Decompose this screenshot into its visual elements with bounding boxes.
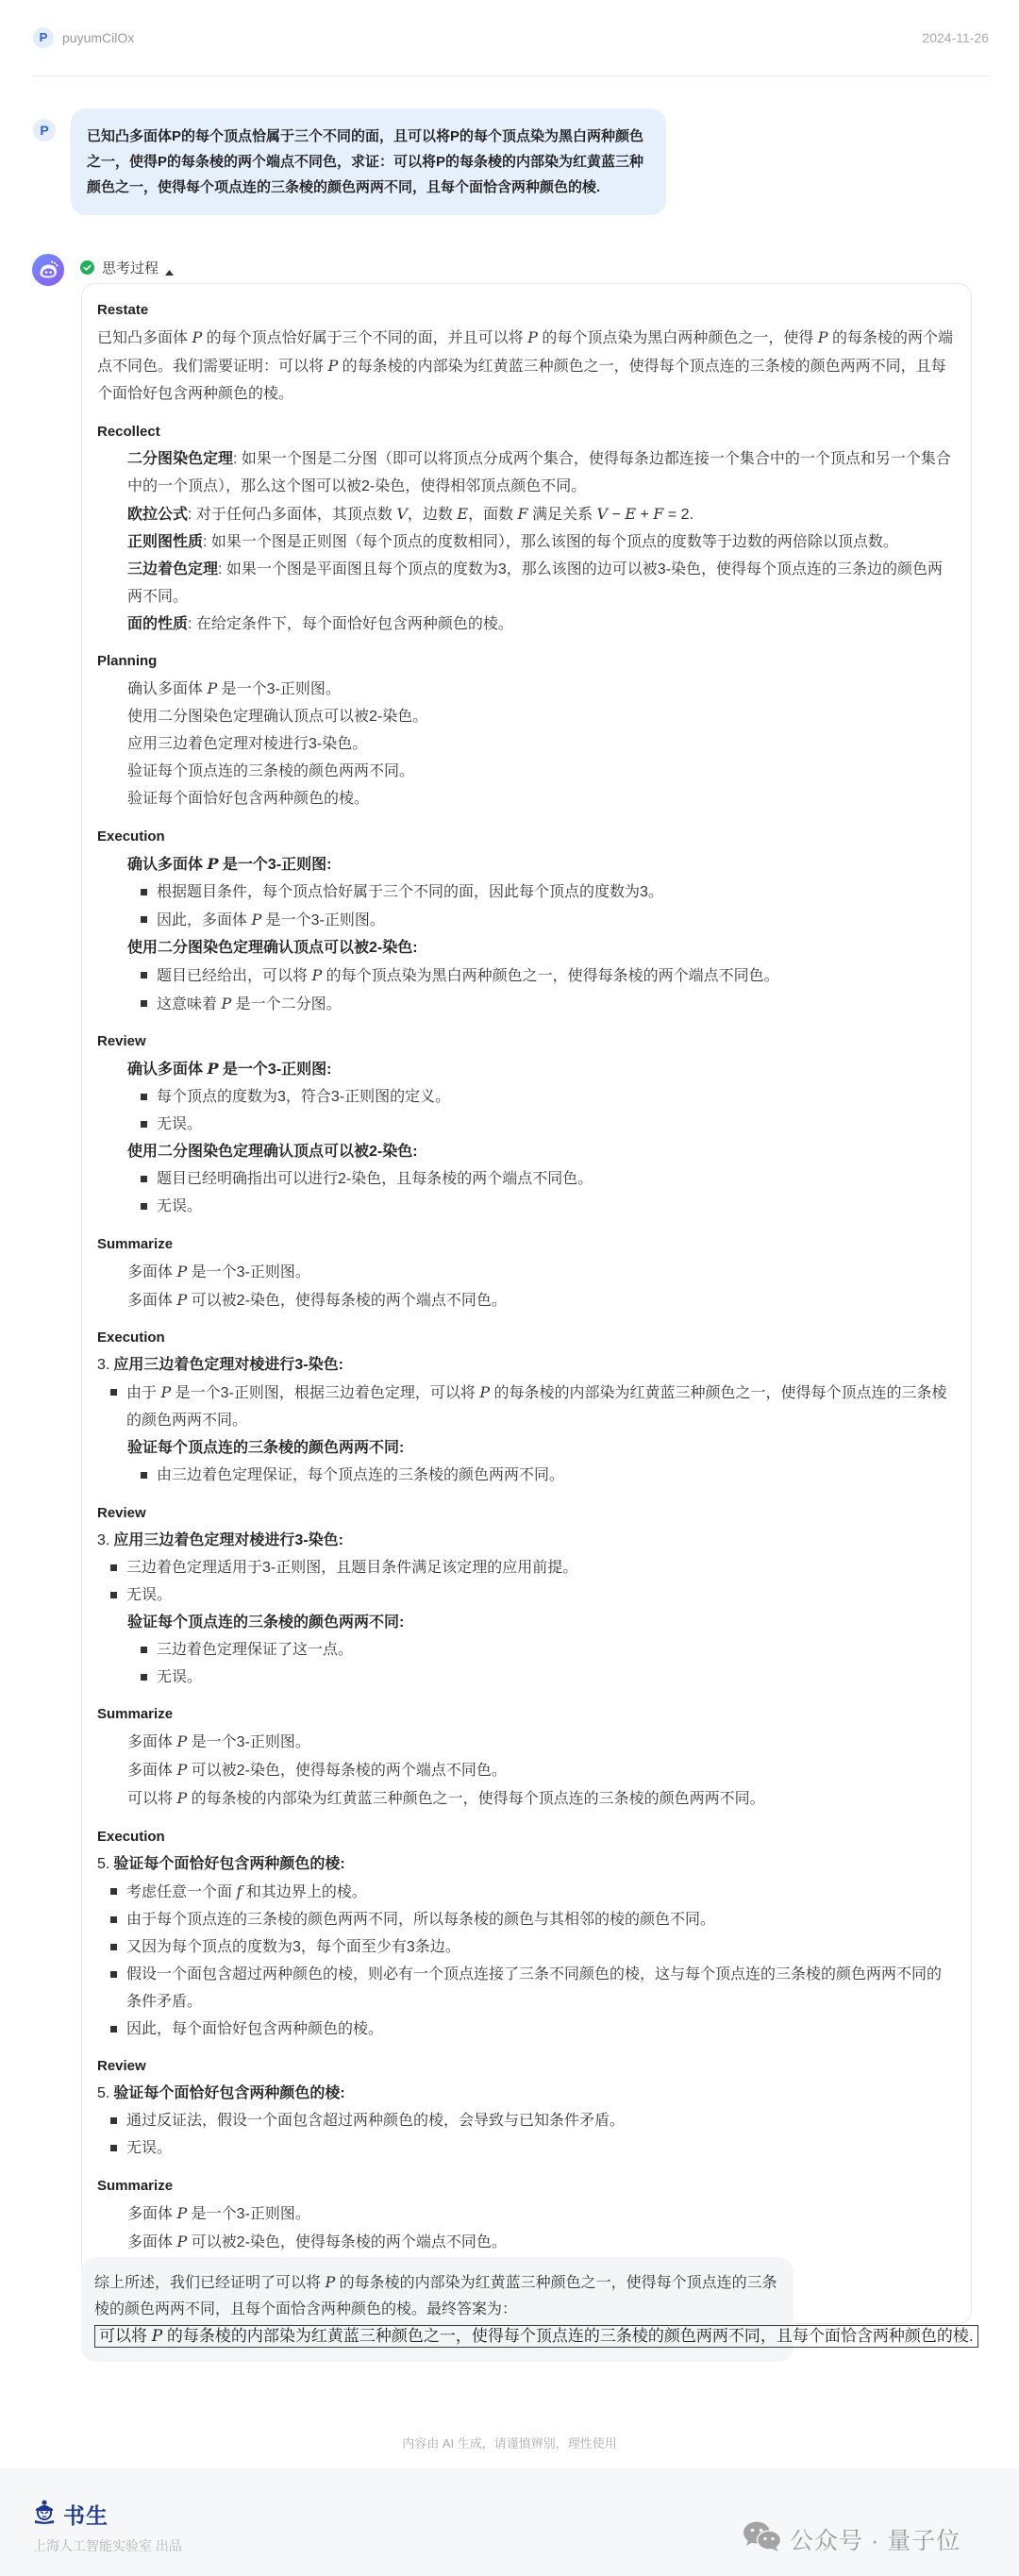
text-run: 假设一个面包含超过两种颜色的棱，则必有一个顶点连接了三条不同颜色的棱，这与每个顶… xyxy=(126,1966,942,2010)
step-number: 5. xyxy=(97,1856,109,1872)
text-run: 这意味着 xyxy=(157,996,221,1012)
math-symbol: P xyxy=(325,2273,335,2291)
text-run: 验证每个顶点连的三条棱的颜色两两不同: xyxy=(127,1614,404,1631)
section-title: Review xyxy=(97,1499,956,1527)
bullet-square-icon xyxy=(141,916,147,923)
boxed-answer: 可以将 P 的每条棱的内部染为红黄蓝三种颜色之一，使得每个顶点连的三条棱的颜色两… xyxy=(94,2325,978,2348)
text-run: : 如果一个图是平面图且每个顶点的度数为3，那么该图的边可以被3-染色，使得每个… xyxy=(127,561,943,605)
bullet-item: 因此，多面体 P 是一个3-正则图。 xyxy=(97,906,956,934)
text-run: 多面体 xyxy=(127,1734,176,1750)
text-run: 通过反证法，假设一个面包含超过两种颜色的棱，会导致与已知条件矛盾。 xyxy=(126,2113,625,2129)
text-run: 的每个顶点染为黑白两种颜色之一，使得每条棱的两个端点不同色。 xyxy=(322,968,778,984)
footer: 书生 上海人工智能实验室 出品 公众号 · 量子位 xyxy=(0,2468,1019,2576)
bullet-square-icon xyxy=(110,1916,117,1923)
text-run: 又因为每个顶点的度数为3，每个面至少有3条边。 xyxy=(126,1939,460,1955)
text-run: 可以被2-染色，使得每条棱的两个端点不同色。 xyxy=(187,1763,507,1779)
text-run: 题目已经明确指出可以进行2-染色，且每条棱的两个端点不同色。 xyxy=(157,1171,593,1187)
bullet-square-icon xyxy=(110,1389,117,1396)
text-run: 由于 xyxy=(126,1385,160,1401)
text-run: 是一个3-正则图。 xyxy=(187,1264,310,1280)
caret-up-icon xyxy=(165,263,174,269)
step-number: 3. xyxy=(97,1532,109,1548)
user-message-avatar: P xyxy=(33,119,56,142)
text-run: 是一个3-正则图。 xyxy=(217,681,341,697)
text-run: 无误。 xyxy=(126,2140,172,2156)
list-item: 正则图性质: 如果一个图是正则图（每个顶点的度数相同），那么该图的每个顶点的度数… xyxy=(97,528,956,556)
text-run: 因此，多面体 xyxy=(157,912,251,928)
math-symbol: P xyxy=(192,328,202,346)
bullet-item: 这意味着 P 是一个二分图。 xyxy=(97,990,956,1018)
thinking-section-recollect: Recollect二分图染色定理: 如果一个图是二分图（即可以将顶点分成两个集合… xyxy=(97,418,956,638)
list-item: 可以将 P 的每条棱的内部染为红黄蓝三种颜色之一，使得每个顶点连的三条棱的颜色两… xyxy=(97,1784,956,1813)
step-heading: 使用二分图染色定理确认顶点可以被2-染色: xyxy=(97,1138,956,1165)
numbered-step-heading: 5.验证每个面恰好包含两种颜色的棱: xyxy=(97,2080,956,2107)
list-item: 验证每个顶点连的三条棱的颜色两两不同。 xyxy=(97,758,956,785)
text-run: 由于每个顶点连的三条棱的颜色两两不同，所以每条棱的颜色与其相邻的棱的颜色不同。 xyxy=(126,1912,715,1928)
text-run: 确认多面体 xyxy=(127,857,207,873)
math-symbol: F xyxy=(518,505,528,523)
text-run: 多面体 xyxy=(127,1264,176,1280)
text-run: 验证每个顶点连的三条棱的颜色两两不同: xyxy=(127,1440,404,1456)
bullet-item: 根据题目条件，每个顶点恰好属于三个不同的面，因此每个顶点的度数为3。 xyxy=(97,878,956,906)
thinking-section-restate: Restate已知凸多面体 P 的每个顶点恰好属于三个不同的面，并且可以将 P … xyxy=(97,296,956,408)
list-item: 多面体 P 可以被2-染色，使得每条棱的两个端点不同色。 xyxy=(97,2228,956,2256)
user-message-bubble: 已知凸多面体P的每个顶点恰属于三个不同的面，且可以将P的每个顶点染为黑白两种颜色… xyxy=(71,109,666,215)
bullet-square-icon xyxy=(110,1944,117,1950)
list-item: 欧拉公式: 对于任何凸多面体，其顶点数 V，边数 E，面数 F 满足关系 V −… xyxy=(97,500,956,528)
text-run: 多面体 xyxy=(127,1763,176,1779)
text-run: 是一个3-正则图: xyxy=(218,1062,331,1078)
math-symbol: V xyxy=(396,505,408,523)
bullet-item: 由三边着色定理保证，每个顶点连的三条棱的颜色两两不同。 xyxy=(97,1462,956,1489)
bullet-item: 通过反证法，假设一个面包含超过两种颜色的棱，会导致与已知条件矛盾。 xyxy=(97,2107,956,2134)
bullet-square-icon xyxy=(141,1000,147,1007)
text-run: 无误。 xyxy=(157,1669,202,1685)
numbered-step-heading: 3.应用三边着色定理对棱进行3-染色: xyxy=(97,1351,956,1379)
conversation-header: P puyumCilOx 2024-11-26 xyxy=(33,0,991,76)
list-item: 应用三边着色定理对棱进行3-染色。 xyxy=(97,730,956,758)
bullet-square-icon xyxy=(141,889,147,895)
text-run: 确认多面体 xyxy=(127,681,207,697)
bullet-item: 无误。 xyxy=(97,1193,956,1220)
text-run: 三边着色定理适用于3-正则图，且题目条件满足该定理的应用前提。 xyxy=(126,1560,577,1576)
text-run: 是一个3-正则图，根据三边着色定理，可以将 xyxy=(171,1385,479,1401)
text-run: 使用二分图染色定理确认顶点可以被2-染色。 xyxy=(127,709,427,725)
text-run: 无误。 xyxy=(157,1198,202,1214)
shusheng-mascot-icon xyxy=(33,2500,63,2529)
section-title: Review xyxy=(97,1028,956,1055)
text-run: 考虑任意一个面 xyxy=(126,1884,236,1900)
bullet-square-icon xyxy=(110,2145,117,2151)
numbered-step-heading: 3.应用三边着色定理对棱进行3-染色: xyxy=(97,1527,956,1554)
math-symbol: P xyxy=(152,2327,162,2346)
text-run: 和其边界上的棱。 xyxy=(242,1884,366,1900)
ai-disclaimer: 内容由 AI 生成，请谨慎辨别，理性使用 xyxy=(0,2435,1019,2452)
brand-name: 书生 xyxy=(63,2499,109,2530)
bullet-item: 考虑任意一个面 f 和其边界上的棱。 xyxy=(97,1878,956,1906)
bullet-square-icon xyxy=(141,1094,147,1100)
text-run: 三边着色定理保证了这一点。 xyxy=(157,1642,353,1658)
step-heading: 验证每个顶点连的三条棱的颜色两两不同: xyxy=(97,1434,956,1462)
math-symbol: P xyxy=(221,995,231,1012)
bullet-item: 无误。 xyxy=(97,1111,956,1138)
bullet-square-icon xyxy=(141,1472,147,1479)
bullet-square-icon xyxy=(110,1888,117,1895)
text-run: 是一个3-正则图: xyxy=(218,857,331,873)
list-item: 多面体 P 是一个3-正则图。 xyxy=(97,1728,956,1756)
text-run: 多面体 xyxy=(127,1293,176,1309)
thinking-label: 思考过程 xyxy=(102,258,159,277)
step-heading: 验证每个顶点连的三条棱的颜色两两不同: xyxy=(97,1609,956,1636)
bullet-item: 题目已经给出，可以将 P 的每个顶点染为黑白两种颜色之一，使得每条棱的两个端点不… xyxy=(97,962,956,990)
math-symbol: V xyxy=(597,505,609,523)
text-run: : 如果一个图是正则图（每个顶点的度数相同），那么该图的每个顶点的度数等于边数的… xyxy=(203,534,898,550)
math-symbol: P xyxy=(176,1789,187,1807)
bullet-item: 题目已经明确指出可以进行2-染色，且每条棱的两个端点不同色。 xyxy=(97,1165,956,1193)
text-run: 可以将 xyxy=(99,2327,152,2345)
step-heading: 确认多面体 P 是一个3-正则图: xyxy=(97,1055,956,1083)
list-item: 多面体 P 可以被2-染色，使得每条棱的两个端点不同色。 xyxy=(97,1756,956,1784)
bullet-square-icon xyxy=(141,972,147,979)
term-label: 正则图性质 xyxy=(127,534,203,550)
text-run: 可以将 xyxy=(127,1791,176,1807)
math-symbol: P xyxy=(176,1291,187,1309)
text-run: 是一个3-正则图。 xyxy=(261,912,385,928)
thinking-section-execution: Execution确认多面体 P 是一个3-正则图:根据题目条件，每个顶点恰好属… xyxy=(97,823,956,1018)
text-run: 是一个3-正则图。 xyxy=(187,2206,310,2222)
text-run: 由三边着色定理保证，每个顶点连的三条棱的颜色两两不同。 xyxy=(157,1467,564,1483)
text-run: 综上所述，我们已经证明了可以将 xyxy=(94,2275,325,2291)
brand-subtitle: 上海人工智能实验室 出品 xyxy=(33,2536,182,2555)
section-title: Execution xyxy=(97,1324,956,1351)
math-symbol: P xyxy=(251,911,261,928)
bullet-square-icon xyxy=(110,1592,117,1598)
thinking-content: Restate已知凸多面体 P 的每个顶点恰好属于三个不同的面，并且可以将 P … xyxy=(81,283,972,2324)
math-symbol: P xyxy=(176,2204,187,2222)
text-run: = 2. xyxy=(663,507,693,523)
check-circle-icon xyxy=(80,260,94,275)
section-title: Recollect xyxy=(97,418,956,445)
math-symbol: P xyxy=(176,2233,187,2250)
bullet-item: 因此，每个面恰好包含两种颜色的棱。 xyxy=(97,2016,956,2043)
text-run: 满足关系 xyxy=(528,507,597,523)
section-title: Summarize xyxy=(97,2172,956,2200)
bullet-square-icon xyxy=(141,1121,147,1128)
list-item: 二分图染色定理: 如果一个图是二分图（即可以将顶点分成两个集合，使得每条边都连接… xyxy=(97,445,956,500)
thinking-section-execution: Execution5.验证每个面恰好包含两种颜色的棱:考虑任意一个面 f 和其边… xyxy=(97,1823,956,2043)
thinking-section-summarize: Summarize多面体 P 是一个3-正则图。多面体 P 可以被2-染色，使得… xyxy=(97,1700,956,1813)
text-run: : 对于任何凸多面体，其顶点数 xyxy=(188,507,396,523)
bullet-item: 无误。 xyxy=(97,1664,956,1691)
text-run: 的每个顶点染为黑白两种颜色之一，使得 xyxy=(538,330,818,346)
math-symbol: P xyxy=(818,328,828,346)
bullet-item: 由于 P 是一个3-正则图，根据三边着色定理，可以将 P 的每条棱的内部染为红黄… xyxy=(97,1379,956,1434)
text-run: 因此，每个面恰好包含两种颜色的棱。 xyxy=(126,2021,383,2037)
bullet-item: 又因为每个顶点的度数为3，每个面至少有3条边。 xyxy=(97,1933,956,1961)
bullet-square-icon xyxy=(110,2117,117,2124)
conversation-date: 2024-11-26 xyxy=(922,29,989,46)
thinking-toggle[interactable]: 思考过程 xyxy=(80,258,174,276)
math-symbol: P xyxy=(207,679,217,697)
assistant-avatar-icon xyxy=(32,254,64,286)
thinking-section-review: Review确认多面体 P 是一个3-正则图:每个顶点的度数为3，符合3-正则图… xyxy=(97,1028,956,1220)
brand-logo[interactable]: 书生 xyxy=(33,2499,109,2530)
numbered-step-heading: 5.验证每个面恰好包含两种颜色的棱: xyxy=(97,1850,956,1878)
text-run: 应用三边着色定理对棱进行3-染色: xyxy=(113,1357,343,1373)
math-symbol: P xyxy=(176,1732,187,1750)
text-run: 的每个顶点恰好属于三个不同的面，并且可以将 xyxy=(202,330,527,346)
text-run: 无误。 xyxy=(126,1587,172,1603)
text-run: 已知凸多面体 xyxy=(97,330,192,346)
term-label: 欧拉公式 xyxy=(127,507,188,523)
section-title: Review xyxy=(97,2052,956,2080)
text-run: 每个顶点的度数为3，符合3-正则图的定义。 xyxy=(157,1089,450,1105)
list-item: 面的性质: 在给定条件下，每个面恰好包含两种颜色的棱。 xyxy=(97,611,956,638)
section-title: Planning xyxy=(97,647,956,675)
text-run: 使用二分图染色定理确认顶点可以被2-染色: xyxy=(127,1144,418,1160)
thinking-section-planning: Planning确认多面体 P 是一个3-正则图。使用二分图染色定理确认顶点可以… xyxy=(97,647,956,812)
math-symbol: F xyxy=(653,505,663,523)
math-symbol: P xyxy=(327,357,338,375)
section-title: Summarize xyxy=(97,1230,956,1258)
text-run: 的每条棱的内部染为红黄蓝三种颜色之一，使得每个顶点连的三条棱的颜色两两不同。 xyxy=(187,1791,764,1807)
math-symbol: E xyxy=(625,505,636,523)
math-symbol: P xyxy=(176,1761,187,1779)
bullet-square-icon xyxy=(110,2026,117,2032)
list-item: 三边着色定理: 如果一个图是平面图且每个顶点的度数为3，那么该图的边可以被3-染… xyxy=(97,556,956,611)
conclusion-text: 综上所述，我们已经证明了可以将 P 的每条棱的内部染为红黄蓝三种颜色之一，使得每… xyxy=(94,2269,778,2323)
list-item: 验证每个面恰好包含两种颜色的棱。 xyxy=(97,785,956,812)
text-run: 多面体 xyxy=(127,2206,176,2222)
paragraph: 已知凸多面体 P 的每个顶点恰好属于三个不同的面，并且可以将 P 的每个顶点染为… xyxy=(97,324,956,408)
thinking-section-summarize: Summarize多面体 P 是一个3-正则图。多面体 P 可以被2-染色，使得… xyxy=(97,1230,956,1314)
list-item: 多面体 P 可以被2-染色，使得每条棱的两个端点不同色。 xyxy=(97,1286,956,1314)
text-run: 应用三边着色定理对棱进行3-染色。 xyxy=(127,736,367,752)
text-run: 可以被2-染色，使得每条棱的两个端点不同色。 xyxy=(187,2234,507,2250)
math-symbol: E xyxy=(457,505,468,523)
text-run: + xyxy=(636,507,653,523)
thinking-section-review: Review3.应用三边着色定理对棱进行3-染色:三边着色定理适用于3-正则图，… xyxy=(97,1499,956,1691)
text-run: 是一个二分图。 xyxy=(231,996,341,1012)
wechat-icon xyxy=(743,2520,790,2557)
bullet-square-icon xyxy=(141,1647,147,1653)
math-symbol: P xyxy=(207,855,218,873)
watermark-text: 公众号 · 量子位 xyxy=(790,2522,961,2556)
bullet-square-icon xyxy=(110,1971,117,1978)
text-run: 多面体 xyxy=(127,2234,176,2250)
section-title: Execution xyxy=(97,1823,956,1850)
text-run: 验证每个顶点连的三条棱的颜色两两不同。 xyxy=(127,763,414,779)
bullet-square-icon xyxy=(110,1564,117,1571)
thinking-section-review: Review5.验证每个面恰好包含两种颜色的棱:通过反证法，假设一个面包含超过两… xyxy=(97,2052,956,2162)
text-run: 根据题目条件，每个顶点恰好属于三个不同的面，因此每个顶点的度数为3。 xyxy=(157,884,663,900)
text-run: 是一个3-正则图。 xyxy=(187,1734,310,1750)
math-symbol: P xyxy=(207,1060,218,1078)
text-run: 应用三边着色定理对棱进行3-染色: xyxy=(113,1532,343,1548)
thinking-section-execution: Execution3.应用三边着色定理对棱进行3-染色:由于 P 是一个3-正则… xyxy=(97,1324,956,1489)
term-label: 二分图染色定理 xyxy=(127,451,233,467)
text-run: − xyxy=(608,507,625,523)
bullet-square-icon xyxy=(141,1203,147,1210)
bullet-item: 假设一个面包含超过两种颜色的棱，则必有一个顶点连接了三条不同颜色的棱，这与每个顶… xyxy=(97,1961,956,2016)
list-item: 多面体 P 是一个3-正则图。 xyxy=(97,1258,956,1286)
username: puyumCilOx xyxy=(62,29,134,46)
text-run: 验证每个面恰好包含两种颜色的棱: xyxy=(113,2085,344,2101)
list-item: 使用二分图染色定理确认顶点可以被2-染色。 xyxy=(97,703,956,730)
text-run: 验证每个面恰好包含两种颜色的棱。 xyxy=(127,791,369,807)
wechat-watermark: 公众号 · 量子位 xyxy=(743,2520,961,2557)
math-symbol: P xyxy=(311,966,322,984)
term-label: 面的性质 xyxy=(127,616,188,632)
bullet-item: 三边着色定理适用于3-正则图，且题目条件满足该定理的应用前提。 xyxy=(97,1554,956,1581)
text-run: : 在给定条件下，每个面恰好包含两种颜色的棱。 xyxy=(188,616,513,632)
list-item: 多面体 P 是一个3-正则图。 xyxy=(97,2200,956,2228)
boxed-answer-row: 可以将 P 的每条棱的内部染为红黄蓝三种颜色之一，使得每个顶点连的三条棱的颜色两… xyxy=(94,2325,778,2348)
bullet-square-icon xyxy=(141,1674,147,1681)
math-symbol: P xyxy=(527,328,538,346)
math-symbol: P xyxy=(176,1263,187,1280)
bullet-item: 无误。 xyxy=(97,2134,956,2162)
text-run: 确认多面体 xyxy=(127,1062,207,1078)
section-title: Execution xyxy=(97,823,956,850)
bullet-item: 由于每个顶点连的三条棱的颜色两两不同，所以每条棱的颜色与其相邻的棱的颜色不同。 xyxy=(97,1906,956,1933)
math-symbol: P xyxy=(160,1383,171,1401)
text-run: 使用二分图染色定理确认顶点可以被2-染色: xyxy=(127,940,418,956)
text-run: 验证每个面恰好包含两种颜色的棱: xyxy=(113,1856,344,1872)
bullet-item: 每个顶点的度数为3，符合3-正则图的定义。 xyxy=(97,1083,956,1111)
math-symbol: P xyxy=(479,1383,490,1401)
bullet-item: 无误。 xyxy=(97,1581,956,1609)
bullet-item: 三边着色定理保证了这一点。 xyxy=(97,1636,956,1664)
step-heading: 确认多面体 P 是一个3-正则图: xyxy=(97,850,956,878)
list-item: 确认多面体 P 是一个3-正则图。 xyxy=(97,675,956,703)
user-avatar: P xyxy=(33,27,54,48)
term-label: 三边着色定理 xyxy=(127,561,218,577)
text-run: 可以被2-染色，使得每条棱的两个端点不同色。 xyxy=(187,1293,507,1309)
step-number: 3. xyxy=(97,1357,109,1373)
step-heading: 使用二分图染色定理确认顶点可以被2-染色: xyxy=(97,934,956,962)
step-number: 5. xyxy=(97,2085,109,2101)
section-title: Restate xyxy=(97,296,956,324)
text-run: : 如果一个图是二分图（即可以将顶点分成两个集合，使得每条边都连接一个集合中的一… xyxy=(127,451,951,494)
text-run: 题目已经给出，可以将 xyxy=(157,968,311,984)
text-run: ，面数 xyxy=(468,507,517,523)
text-run: 的每条棱的内部染为红黄蓝三种颜色之一，使得每个顶点连的三条棱的颜色两两不同，且每… xyxy=(162,2327,973,2345)
text-run: 无误。 xyxy=(157,1116,202,1132)
final-answer-bubble: 综上所述，我们已经证明了可以将 P 的每条棱的内部染为红黄蓝三种颜色之一，使得每… xyxy=(81,2257,793,2362)
text-run: ，边数 xyxy=(408,507,457,523)
section-title: Summarize xyxy=(97,1700,956,1728)
bullet-square-icon xyxy=(141,1176,147,1182)
